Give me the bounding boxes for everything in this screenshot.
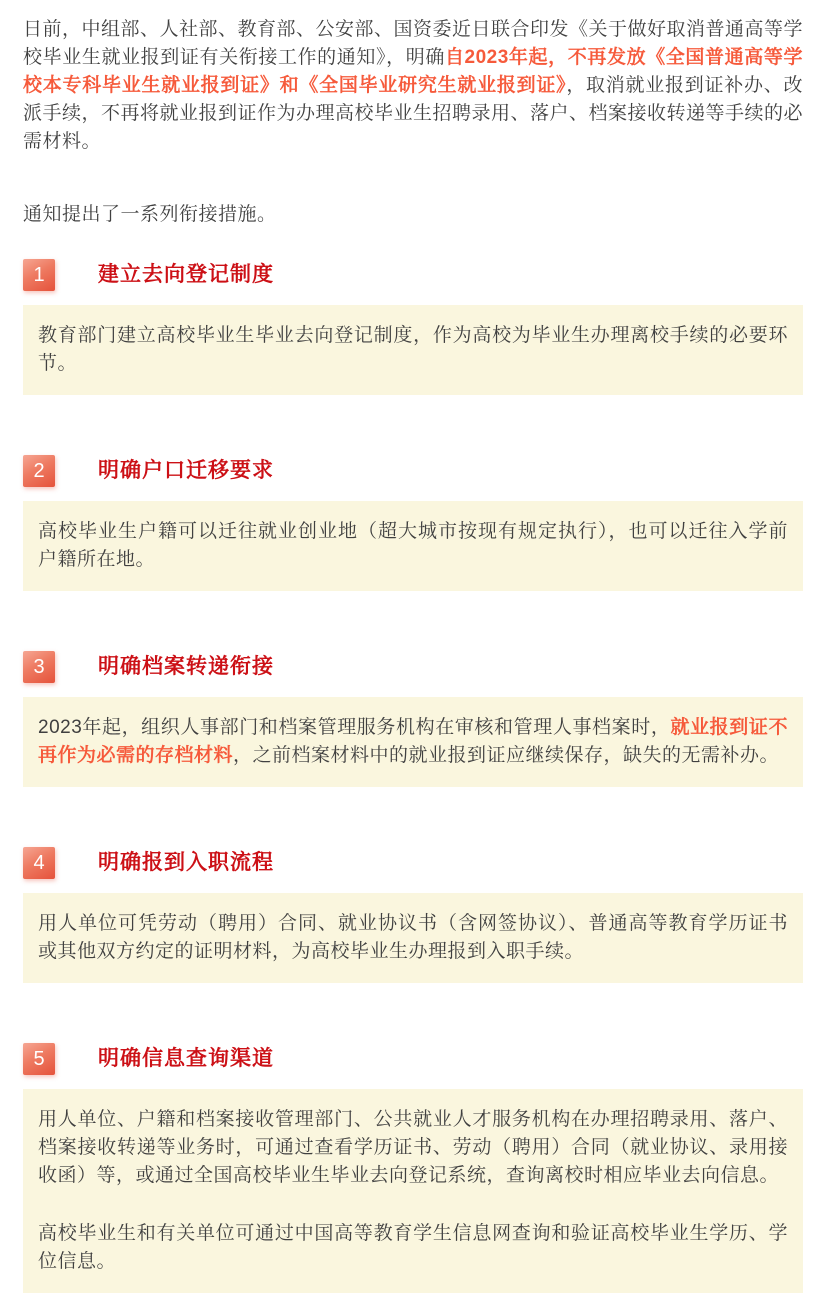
section-number-badge: 1 [23,259,55,291]
body-text: 高校毕业生和有关单位可通过中国高等教育学生信息网查询和验证高校毕业生学历、学位信… [38,1223,788,1272]
section-number-badge: 4 [23,847,55,879]
sections-list: 1建立去向登记制度教育部门建立高校毕业生毕业去向登记制度，作为高校为毕业生办理离… [23,259,803,1293]
section-measure-4: 4明确报到入职流程用人单位可凭劳动（聘用）合同、就业协议书（含网签协议）、普通高… [23,847,803,983]
section-header: 2明确户口迁移要求 [23,455,803,487]
section-title: 明确户口迁移要求 [98,456,274,486]
section-paragraph: 2023年起，组织人事部门和档案管理服务机构在审核和管理人事档案时，就业报到证不… [38,714,788,770]
section-content-box: 教育部门建立高校毕业生毕业去向登记制度，作为高校为毕业生办理离校手续的必要环节。 [23,305,803,395]
section-content-box: 用人单位可凭劳动（聘用）合同、就业协议书（含网签协议）、普通高等教育学历证书或其… [23,893,803,983]
section-paragraph: 高校毕业生和有关单位可通过中国高等教育学生信息网查询和验证高校毕业生学历、学位信… [38,1220,788,1276]
section-measure-2: 2明确户口迁移要求高校毕业生户籍可以迁往就业创业地（超大城市按现有规定执行），也… [23,455,803,591]
section-content-box: 高校毕业生户籍可以迁往就业创业地（超大城市按现有规定执行），也可以迁往入学前户籍… [23,501,803,591]
section-number-badge: 3 [23,651,55,683]
section-title: 建立去向登记制度 [98,260,274,290]
section-content-box: 2023年起，组织人事部门和档案管理服务机构在审核和管理人事档案时，就业报到证不… [23,697,803,787]
section-header: 5明确信息查询渠道 [23,1043,803,1075]
section-content-box: 用人单位、户籍和档案接收管理部门、公共就业人才服务机构在办理招聘录用、落户、档案… [23,1089,803,1293]
section-paragraph: 教育部门建立高校毕业生毕业去向登记制度，作为高校为毕业生办理离校手续的必要环节。 [38,322,788,378]
section-header: 3明确档案转递衔接 [23,651,803,683]
section-measure-1: 1建立去向登记制度教育部门建立高校毕业生毕业去向登记制度，作为高校为毕业生办理离… [23,259,803,395]
section-measure-3: 3明确档案转递衔接2023年起，组织人事部门和档案管理服务机构在审核和管理人事档… [23,651,803,787]
section-title: 明确信息查询渠道 [98,1044,274,1074]
section-paragraph: 高校毕业生户籍可以迁往就业创业地（超大城市按现有规定执行），也可以迁往入学前户籍… [38,518,788,574]
section-title: 明确报到入职流程 [98,848,274,878]
intro-paragraph: 日前，中组部、人社部、教育部、公安部、国资委近日联合印发《关于做好取消普通高等学… [23,16,803,156]
section-paragraph: 用人单位、户籍和档案接收管理部门、公共就业人才服务机构在办理招聘录用、落户、档案… [38,1106,788,1190]
section-number-badge: 5 [23,1043,55,1075]
body-text: 2023年起，组织人事部门和档案管理服务机构在审核和管理人事档案时， [38,717,670,738]
section-title: 明确档案转递衔接 [98,652,274,682]
body-text: 高校毕业生户籍可以迁往就业创业地（超大城市按现有规定执行），也可以迁往入学前户籍… [38,521,788,570]
section-header: 1建立去向登记制度 [23,259,803,291]
section-measure-5: 5明确信息查询渠道用人单位、户籍和档案接收管理部门、公共就业人才服务机构在办理招… [23,1043,803,1293]
lead-paragraph: 通知提出了一系列衔接措施。 [23,201,803,229]
body-text: 用人单位可凭劳动（聘用）合同、就业协议书（含网签协议）、普通高等教育学历证书或其… [38,913,788,962]
section-header: 4明确报到入职流程 [23,847,803,879]
article-page: 日前，中组部、人社部、教育部、公安部、国资委近日联合印发《关于做好取消普通高等学… [0,0,824,1313]
section-paragraph: 用人单位可凭劳动（聘用）合同、就业协议书（含网签协议）、普通高等教育学历证书或其… [38,910,788,966]
body-text: ，之前档案材料中的就业报到证应继续保存，缺失的无需补办。 [233,745,779,766]
body-text: 用人单位、户籍和档案接收管理部门、公共就业人才服务机构在办理招聘录用、落户、档案… [38,1109,788,1186]
section-number-badge: 2 [23,455,55,487]
body-text: 教育部门建立高校毕业生毕业去向登记制度，作为高校为毕业生办理离校手续的必要环节。 [38,325,788,374]
